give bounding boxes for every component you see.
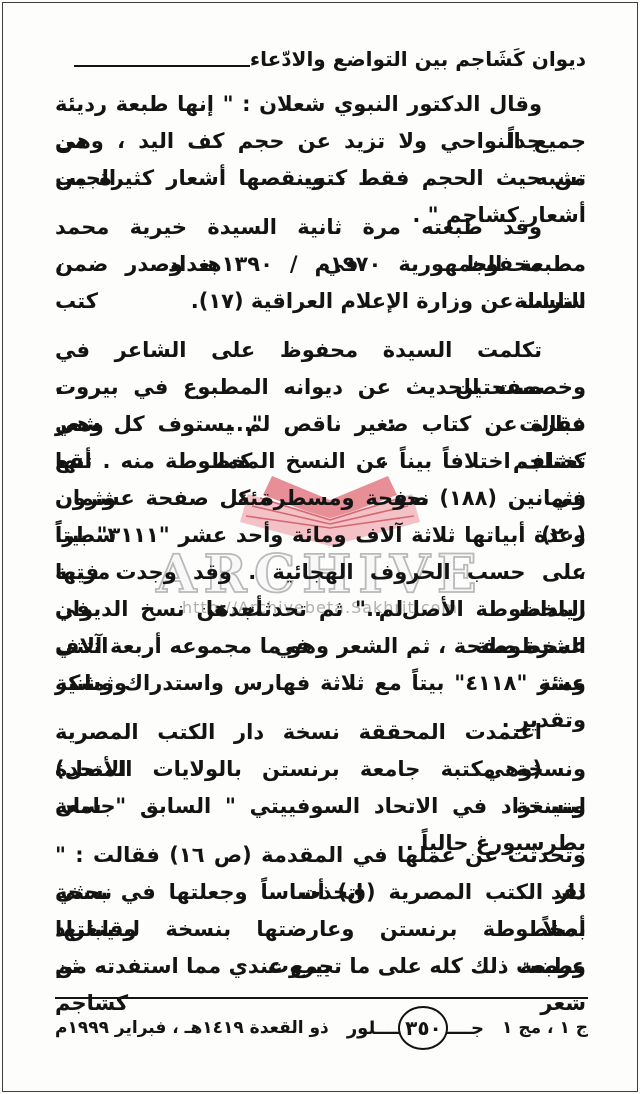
page-number-badge: ٣٥٠ — [398, 1006, 448, 1050]
text-line: مطبعة الجمهورية ١٩٧٠م / ١٣٩٠هـ وصدر ضمن … — [55, 246, 586, 283]
text-line: تختلف اختلافاً بيناً عن النسخ المخطوطة م… — [55, 443, 586, 480]
text-line: لينينغراد في الاتحاد السوفييتي " السابق … — [55, 788, 586, 825]
text-line: ونسخة مكتبة جامعة برنستن بالولايات المتح… — [55, 751, 586, 788]
text-line: دار الكتب المصرية (ق) أساساً وجعلتها في … — [55, 874, 586, 911]
page-header: ديوان كَشَاجم بين التواضع والادّعاء — [72, 46, 586, 72]
text-line: وعدة أبياتها ثلاثة آلاف ومائة وأحد عشر "… — [55, 517, 586, 554]
text-line: عشرة صفحة ، ثم الشعر وهو ما مجموعه أربعة… — [55, 628, 586, 665]
text-line: وخصصت للحديث عن ديوانه المطبوع في بيروت … — [55, 369, 586, 406]
paragraph: تكلمت السيدة محفوظ على الشاعر في صفحتين … — [55, 332, 586, 702]
text-line: وقد طبعته مرة ثانية السيدة خيرية محمد مح… — [55, 209, 586, 246]
text-line: بمخطوطة برنستن وعارضتها بنسخة لينينغراد … — [55, 911, 586, 948]
text-line: اعتمدت المحققة نسخة دار الكتب المصرية (و… — [55, 714, 586, 751]
paragraph: وتحدثت عن عملها في المقدمة (ص ١٦) فقالت … — [55, 837, 586, 985]
text-line: عبارة عن كتاب صغير ناقص لم يستوف كل شعر … — [55, 406, 586, 443]
page-footer: ج ١ ، مج ١ جــــ ٣٥٠ ــــلور ذو القعدة ١… — [55, 997, 588, 1050]
text-line: وتحدثت عن عملها في المقدمة (ص ١٦) فقالت … — [55, 837, 586, 874]
page-body: وقال الدكتور النبوي شعلان : " إنها طبعة … — [55, 86, 586, 985]
paragraph: وقال الدكتور النبوي شعلان : " إنها طبعة … — [55, 86, 586, 197]
paragraph: اعتمدت المحققة نسخة دار الكتب المصرية (و… — [55, 714, 586, 825]
text-line: عرضت ذلك كله على ما تجمع عندي مما استفدت… — [55, 948, 586, 985]
footer-ornament-right: جــــ — [446, 1018, 484, 1039]
scanned-book-page: ARCHIVE http://Archivebeta.Sakhrit.com د… — [0, 0, 640, 1094]
text-line: تكلمت السيدة محفوظ على الشاعر في صفحتين … — [55, 332, 586, 369]
text-line: عشر "٤١١٨" بيتاً مع ثلاثة فهارس واستدراك… — [55, 665, 586, 702]
footer-edition: ج ١ ، مج ١ — [502, 1018, 588, 1038]
text-line: جميع النواحي ولا تزيد عن حجم كف اليد ، و… — [55, 123, 586, 160]
header-rule — [74, 65, 250, 67]
text-line: على حسب الحروف الهجائية . وقد وجدت فيها … — [55, 554, 586, 591]
page-title: ديوان كَشَاجم بين التواضع والادّعاء — [250, 46, 586, 72]
text-line: من حيث الحجم فقط ، وينقصها أشعار كثيرة م… — [55, 160, 586, 197]
paragraph: وقد طبعته مرة ثانية السيدة خيرية محمد مح… — [55, 209, 586, 320]
text-line: وثمانين (١٨٨) صفحة ومسطرة كل صفحة عشرون … — [55, 480, 586, 517]
page-number-group: جــــ ٣٥٠ ــــلور — [347, 1006, 484, 1050]
text-line: وقال الدكتور النبوي شعلان : " إنها طبعة … — [55, 86, 586, 123]
text-line: المخطوطة الأصل ..." ثم تحدثت عن نسخ الدي… — [55, 591, 586, 628]
footer-date: ذو القعدة ١٤١٩هـ ، فبراير ١٩٩٩م — [55, 1018, 329, 1038]
footer-ornament-left: ــــلور — [347, 1018, 401, 1039]
